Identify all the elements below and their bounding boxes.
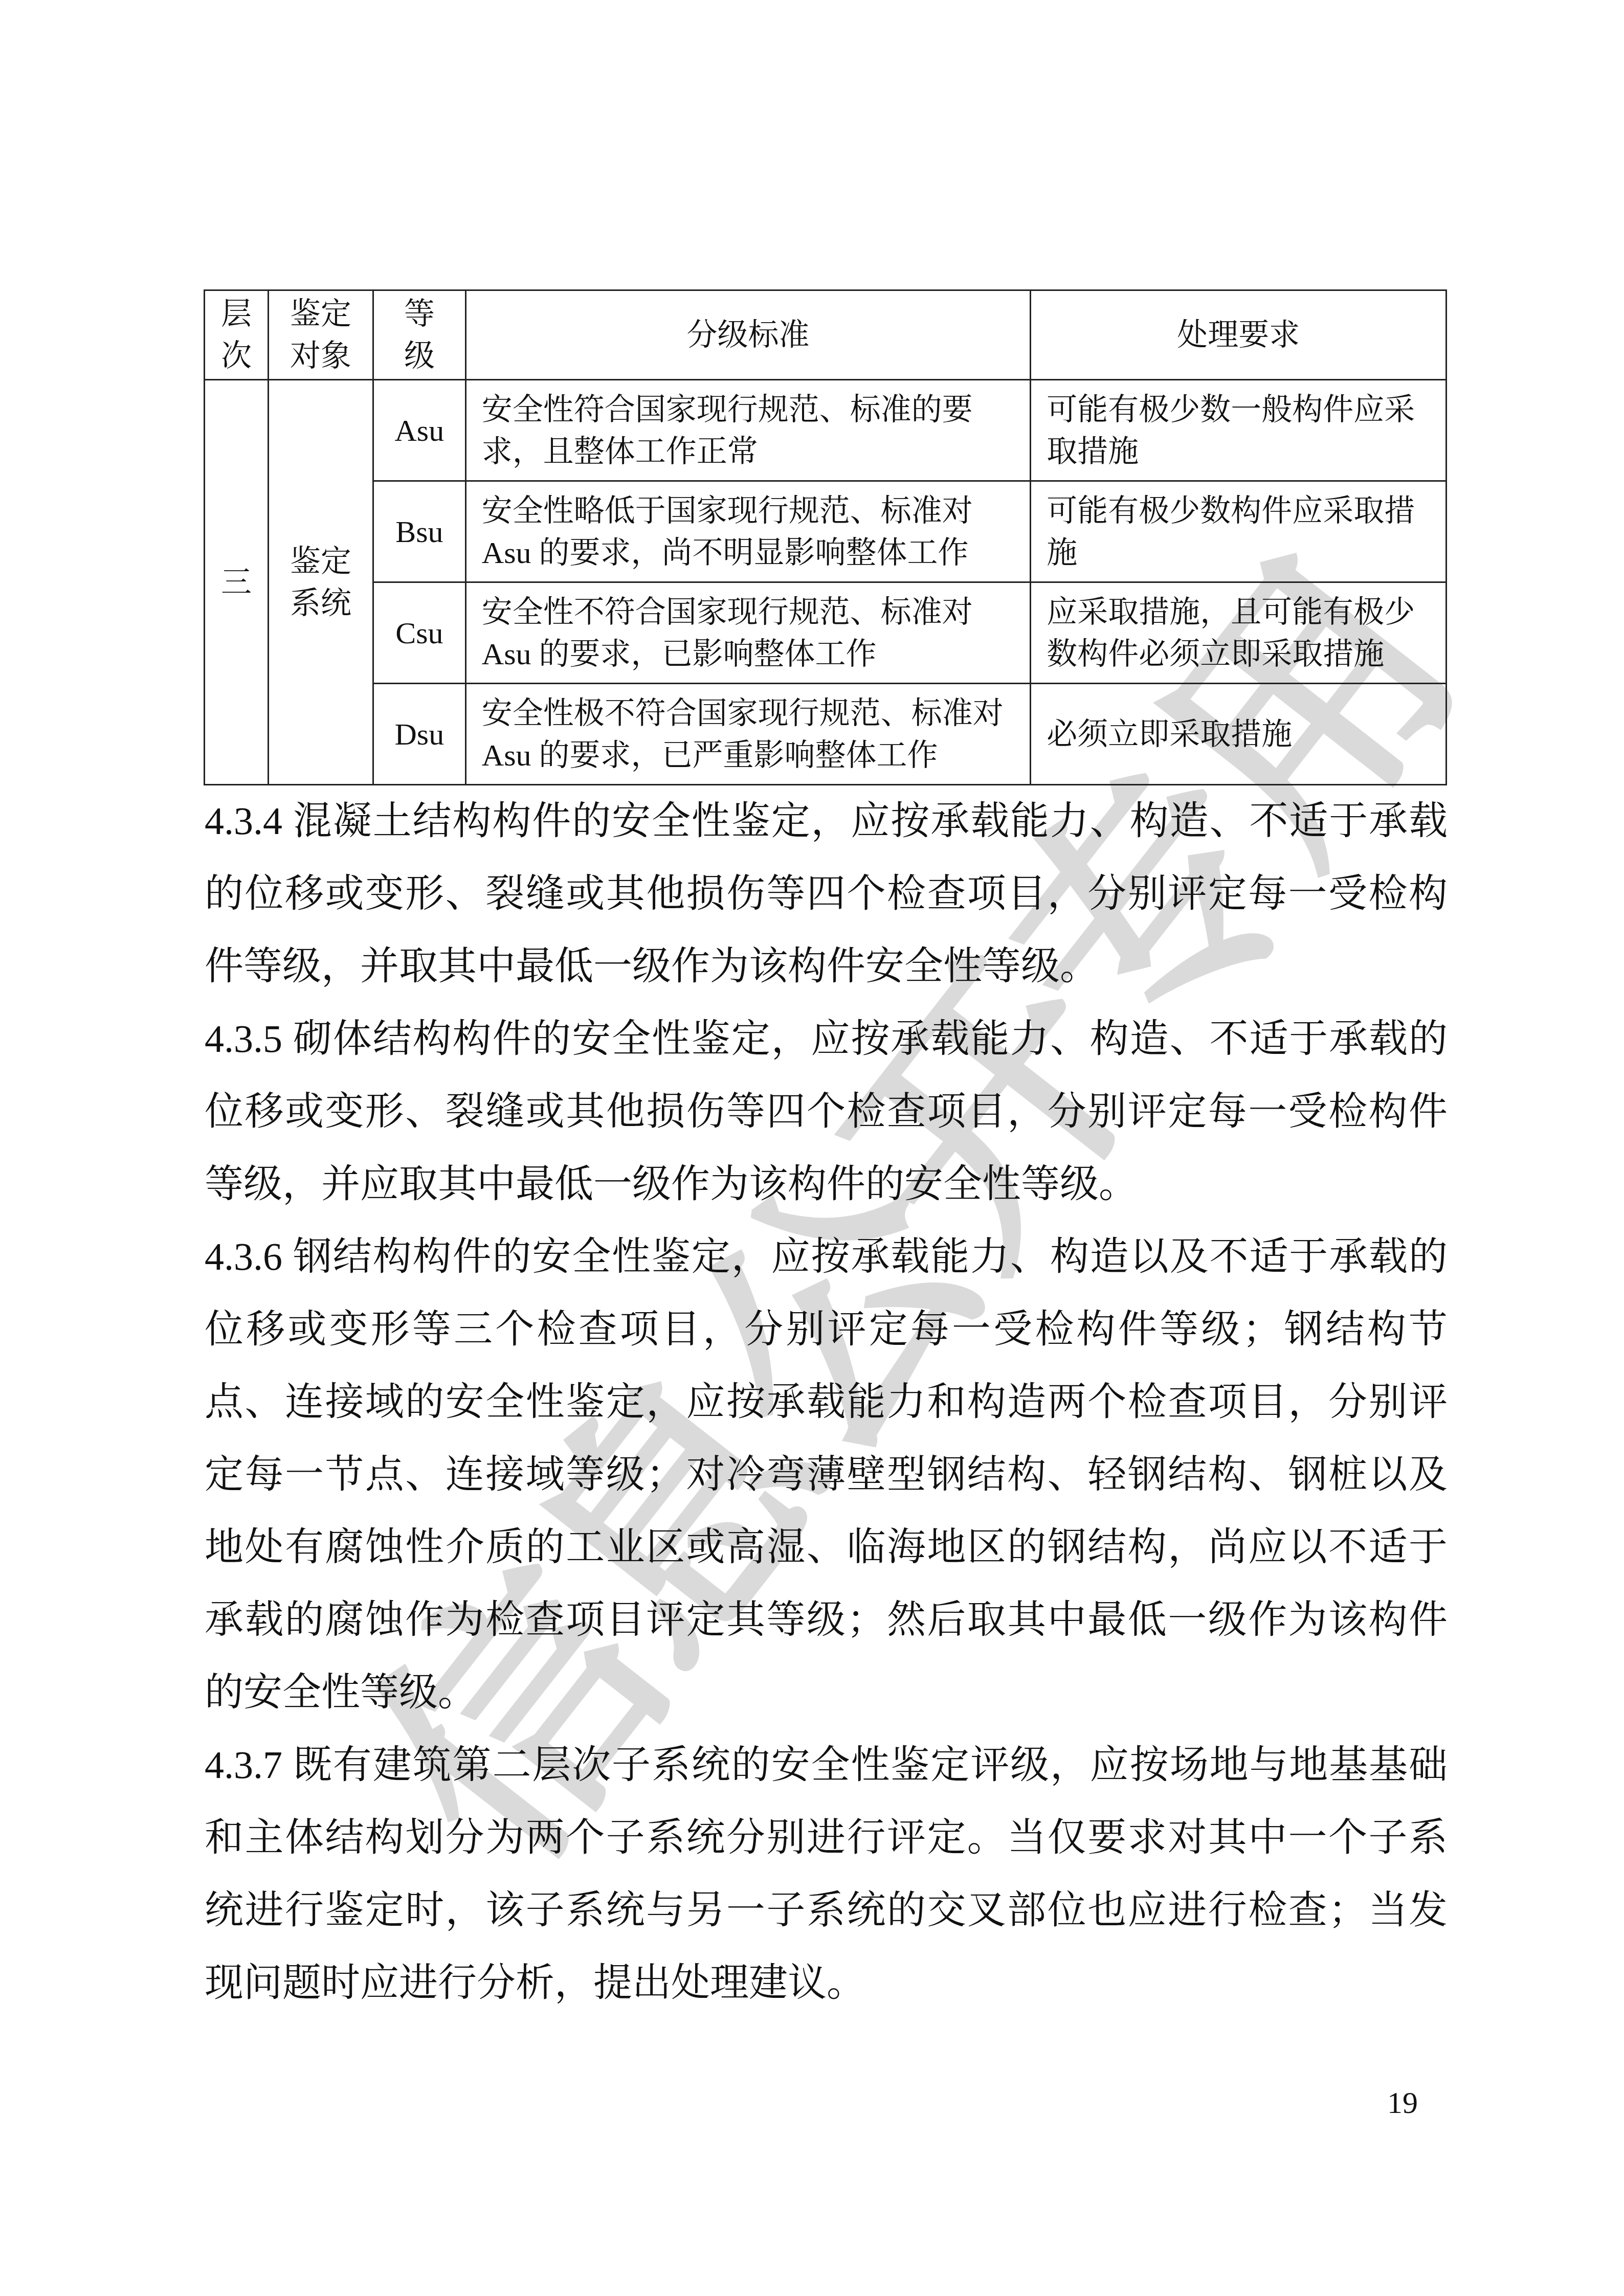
object-cell: 鉴定系统 [268,380,373,785]
header-object: 鉴定对象 [268,290,373,380]
clause-text: 砌体结构构件的安全性鉴定，应按承载能力、构造、不适于承载的位移或变形、裂缝或其他… [205,1018,1448,1206]
clause-4-3-7: 4.3.7 既有建筑第二层次子系统的安全性鉴定评级，应按场地与地基基础和主体结构… [205,1729,1448,2019]
table-row: Dsu 安全性极不符合国家现行规范、标准对 Asu 的要求，已严重影响整体工作 … [205,684,1447,785]
body-text: 4.3.4 混凝土结构构件的安全性鉴定，应按承载能力、构造、不适于承载的位移或变… [205,785,1448,2019]
standard-cell: 安全性极不符合国家现行规范、标准对 Asu 的要求，已严重影响整体工作 [465,684,1030,785]
clause-number: 4.3.6 [205,1235,282,1278]
grade-cell: Asu [373,380,465,481]
standard-cell: 安全性不符合国家现行规范、标准对Asu 的要求，已影响整体工作 [465,582,1030,684]
clause-4-3-5: 4.3.5 砌体结构构件的安全性鉴定，应按承载能力、构造、不适于承载的位移或变形… [205,1003,1448,1221]
grade-cell: Csu [373,582,465,684]
page-number: 19 [1387,2085,1418,2121]
clause-4-3-6: 4.3.6 钢结构构件的安全性鉴定，应按承载能力、构造以及不适于承载的位移或变形… [205,1221,1448,1729]
table-row: 三 鉴定系统 Asu 安全性符合国家现行规范、标准的要求，且整体工作正常 可能有… [205,380,1447,481]
clause-number: 4.3.4 [205,800,282,843]
table-row: Bsu 安全性略低于国家现行规范、标准对Asu 的要求，尚不明显影响整体工作 可… [205,481,1447,582]
header-standard: 分级标准 [465,290,1030,380]
clause-number: 4.3.7 [205,1744,282,1787]
standard-cell: 安全性略低于国家现行规范、标准对Asu 的要求，尚不明显影响整体工作 [465,481,1030,582]
requirement-cell: 必须立即采取措施 [1031,684,1447,785]
header-grade: 等级 [373,290,465,380]
layer-cell: 三 [205,380,269,785]
requirement-cell: 可能有极少数构件应采取措施 [1031,481,1447,582]
table-header-row: 层次 鉴定对象 等级 分级标准 处理要求 [205,290,1447,380]
standard-cell: 安全性符合国家现行规范、标准的要求，且整体工作正常 [465,380,1030,481]
grade-cell: Dsu [373,684,465,785]
clause-4-3-4: 4.3.4 混凝土结构构件的安全性鉴定，应按承载能力、构造、不适于承载的位移或变… [205,785,1448,1003]
clause-text: 钢结构构件的安全性鉴定，应按承载能力、构造以及不适于承载的位移或变形等三个检查项… [205,1235,1448,1714]
grading-table: 层次 鉴定对象 等级 分级标准 处理要求 三 鉴定系统 Asu 安全性符合国家现… [204,289,1447,785]
clause-text: 混凝土结构构件的安全性鉴定，应按承载能力、构造、不适于承载的位移或变形、裂缝或其… [205,800,1448,988]
clause-text: 既有建筑第二层次子系统的安全性鉴定评级，应按场地与地基基础和主体结构划分为两个子… [205,1744,1448,2005]
header-layer: 层次 [205,290,269,380]
requirement-cell: 应采取措施，且可能有极少数构件必须立即采取措施 [1031,582,1447,684]
requirement-cell: 可能有极少数一般构件应采取措施 [1031,380,1447,481]
table-row: Csu 安全性不符合国家现行规范、标准对Asu 的要求，已影响整体工作 应采取措… [205,582,1447,684]
clause-number: 4.3.5 [205,1018,282,1061]
grade-cell: Bsu [373,481,465,582]
header-requirement: 处理要求 [1031,290,1447,380]
